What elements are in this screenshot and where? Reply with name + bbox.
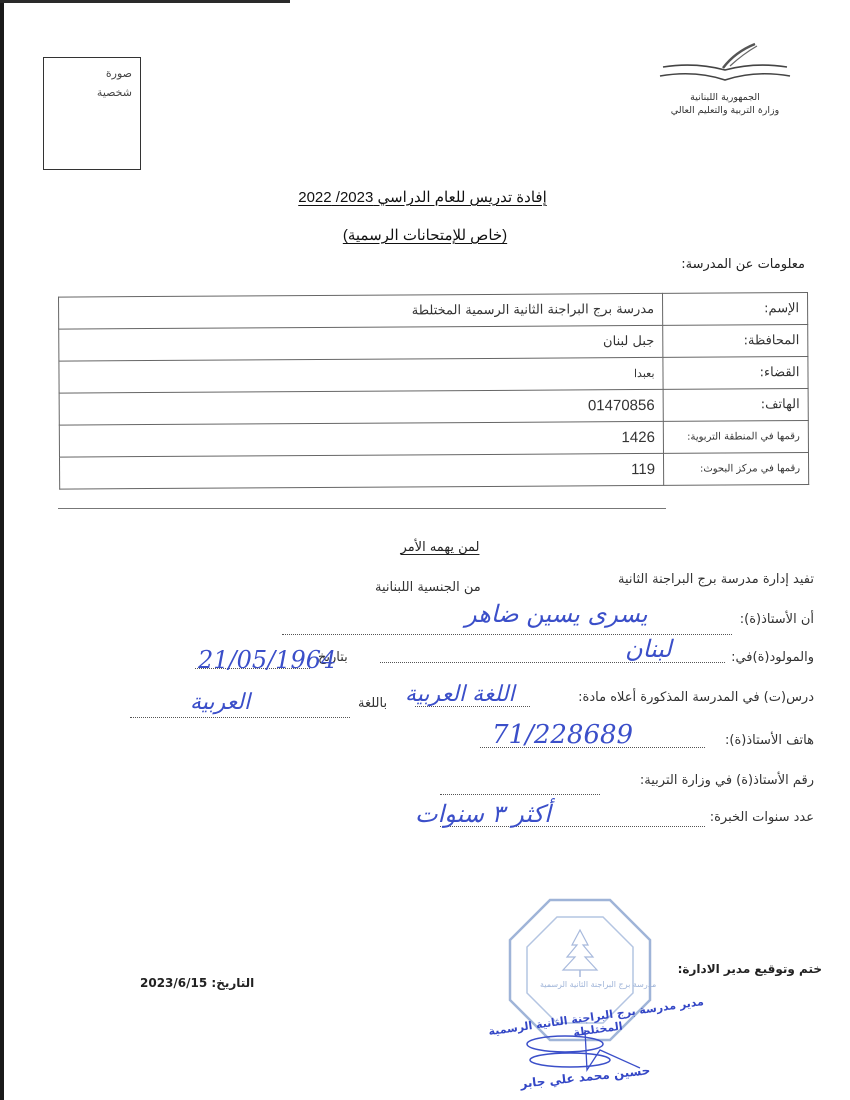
row-label: رقمها في مركز البحوث: (663, 453, 808, 486)
experience-label: عدد سنوات الخبرة: (710, 810, 814, 825)
photo-box: صورة شخصية (43, 57, 141, 170)
birthplace-dots (380, 650, 725, 667)
table-bottom-line (58, 508, 666, 509)
photo-label-line2: شخصية (97, 83, 132, 102)
date-field: التاريخ: 2023/6/15 (140, 976, 254, 990)
document-title-text: إفادة تدريس للعام الدراسي 2023/ 2022 (298, 189, 547, 206)
phone-handwritten: 71/228689 (492, 720, 633, 750)
subject-handwritten: اللغة العربية (405, 682, 515, 707)
teacher-label: أن الأستاذ(ة): (740, 612, 814, 627)
logo-text-ministry: وزارة التربية والتعليم العالي (655, 105, 795, 116)
teacher-name-handwritten: يسرى يسين ضاهر (465, 600, 648, 628)
row-label: القضاء: (663, 357, 808, 390)
ministry-number-dots (440, 782, 600, 799)
row-label: المحافظة: (663, 325, 808, 358)
document-subtitle: (خاص للإمتحانات الرسمية) (0, 226, 850, 244)
document-subtitle-text: (خاص للإمتحانات الرسمية) (343, 227, 507, 244)
ministry-logo: الجمهورية اللبنانية وزارة التربية والتعل… (655, 40, 795, 125)
row-value: مدرسة برج البراجنة الثانية الرسمية المخت… (59, 293, 663, 329)
language-handwritten: العربية (190, 690, 250, 715)
school-info-table: الإسم: مدرسة برج البراجنة الثانية الرسمي… (58, 292, 809, 490)
row-value: 01470856 (59, 389, 663, 425)
date-label: التاريخ: (211, 976, 254, 990)
row-value: 119 (59, 453, 663, 489)
table-row: الهاتف: 01470856 (59, 389, 808, 426)
row-label: رقمها في المنطقة التربوية: (663, 421, 808, 454)
logo-text-republic: الجمهورية اللبنانية (655, 92, 795, 103)
to-whom-heading: لمن يهمه الأمر (380, 540, 500, 555)
row-value: 1426 (59, 421, 663, 457)
table-row: القضاء: بعبدا (59, 357, 808, 394)
subject-label: درس(ت) في المدرسة المذكورة أعلاه مادة: (578, 690, 814, 705)
photo-box-label: صورة شخصية (97, 64, 132, 102)
table-row: رقمها في مركز البحوث: 119 (59, 453, 808, 490)
row-value: بعبدا (59, 357, 663, 393)
row-value: جبل لبنان (59, 325, 663, 361)
phone-label: هاتف الأستاذ(ة): (725, 733, 814, 748)
scan-edge-top (0, 0, 290, 3)
open-book-icon (655, 40, 795, 90)
document-title: إفادة تدريس للعام الدراسي 2023/ 2022 (0, 188, 850, 206)
row-label: الإسم: (663, 293, 808, 326)
birthdate-handwritten: 21/05/1964 (198, 646, 336, 674)
table-row: الإسم: مدرسة برج البراجنة الثانية الرسمي… (59, 293, 808, 330)
nationality-text: من الجنسية اللبنانية (375, 580, 481, 595)
ministry-number-label: رقم الأستاذ(ة) في وزارة التربية: (640, 773, 814, 788)
table-row: المحافظة: جبل لبنان (59, 325, 808, 362)
table-row: رقمها في المنطقة التربوية: 1426 (59, 421, 808, 458)
intro-text: تفيد إدارة مدرسة برج البراجنة الثانية (618, 572, 814, 587)
school-info-label: معلومات عن المدرسة: (681, 257, 805, 272)
scan-edge (0, 0, 4, 1100)
photo-label-line1: صورة (97, 64, 132, 83)
birthplace-handwritten: لبنان (625, 635, 672, 663)
language-label: باللغة (358, 696, 387, 711)
experience-handwritten: أكثر ٣ سنوات (415, 800, 551, 828)
stamp-inner-text: مدرسة برج البراجنة الثانية الرسمية (540, 980, 656, 989)
birthplace-label: والمولود(ة)في: (731, 650, 814, 665)
date-value: 2023/6/15 (140, 976, 207, 990)
row-label: الهاتف: (663, 389, 808, 422)
stamp-signature-label: ختم وتوقيع مدير الادارة: (678, 962, 822, 976)
